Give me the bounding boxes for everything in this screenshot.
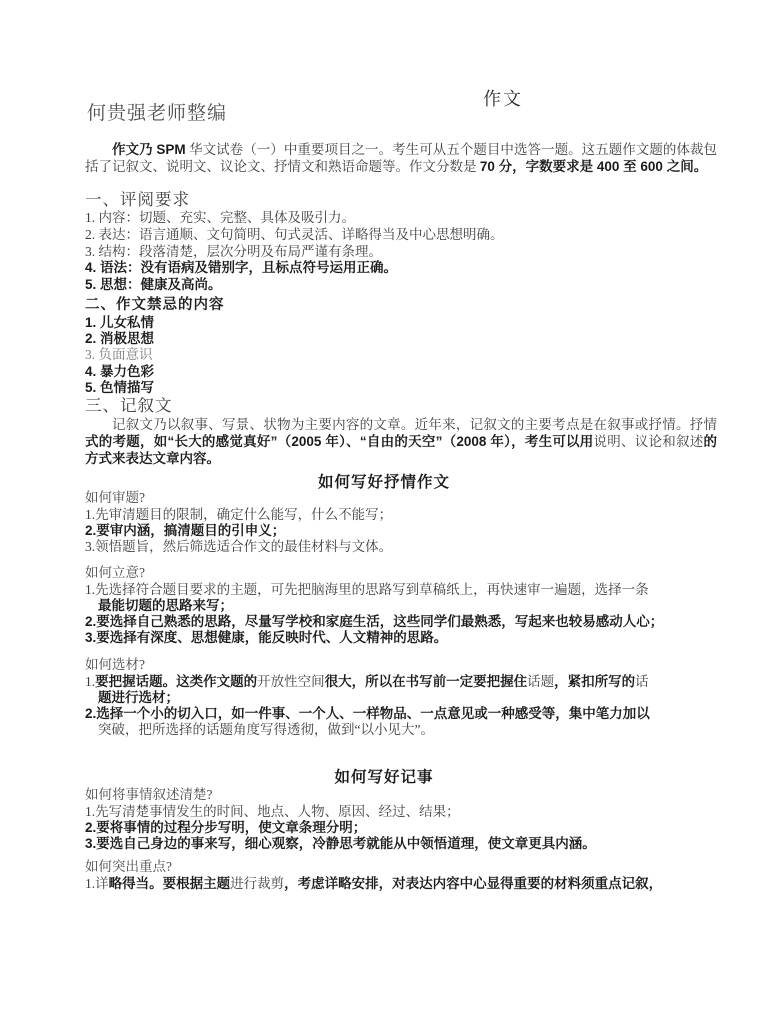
text-segment: 1.详 — [85, 876, 109, 891]
text-segment: 进行裁剪 — [230, 876, 284, 891]
text-segment: 70 分，字数要求是 400 至 600 之间。 — [480, 159, 707, 174]
section-paragraph: 记叙文乃以叙事、写景、状物为主要内容的文章。近年来，记叙文的主要考点是在叙事或抒… — [85, 416, 717, 467]
text-segment: 5. 色情描写 — [85, 380, 154, 395]
text-segment: 5. 思想：健康及高尚。 — [85, 277, 222, 292]
text-line: 3.要选自己身边的事来写，细心观察，冷静思考就能从中领悟道理，使文章更具内涵。 — [85, 836, 596, 852]
group-list: 1.要把握话题。这类作文题的开放性空间很大，所以在书写前一定要把握住话题，紧扣所… — [85, 674, 650, 739]
group-label: 如何审题? — [85, 490, 392, 507]
text-segment: 最能切题的思路来写； — [98, 598, 233, 613]
section-list: 1. 内容：切题、充实、完整、具体及吸引力。2. 表达：语言通顺、文句简明、句式… — [85, 210, 504, 294]
text-line: 2.要审内涵，搞清题目的引申义； — [85, 523, 392, 539]
text-segment: 4. 语法：没有语病及错别字，且标点符号运用正确。 — [85, 260, 397, 275]
text-line: 5. 色情描写 — [85, 380, 225, 396]
text-line: 2.要选择自己熟悉的思路，尽量写学校和家庭生活，这些同学们最熟悉，写起来也较易感… — [85, 614, 663, 630]
group-label: 如何突出重点? — [85, 858, 662, 876]
text-segment: 话题 — [527, 674, 554, 689]
group-label: 如何选材? — [85, 657, 650, 674]
text-segment: 2.要审内涵，搞清题目的引申义； — [85, 523, 285, 538]
text-segment: 1.先审清题目的限制，确定什么能写，什么不能写； — [85, 507, 392, 522]
guide-heading-narrative-writing: 如何写好记事 — [0, 768, 768, 787]
text-line: 3.要选择有深度、思想健康，能反映时代、人文精神的思路。 — [85, 630, 663, 646]
section-heading: 二、作文禁忌的内容 — [85, 296, 225, 315]
section-heading: 一、评阅要求 — [85, 189, 504, 210]
text-segment: ，考虑详略安排，对表达内容中心显得重要的材料须重点记叙， — [284, 876, 662, 891]
text-segment: 2.要选择自己熟悉的思路，尽量写学校和家庭生活，这些同学们最熟悉，写起来也较易感… — [85, 614, 663, 629]
text-segment: 4. 暴力色彩 — [85, 364, 154, 379]
text-line: 1.先审清题目的限制，确定什么能写，什么不能写； — [85, 507, 392, 523]
text-segment: 很大，所以在书写前一定要把握住 — [325, 674, 528, 689]
document-title: 作文 — [483, 88, 523, 110]
text-line: 2. 表达：语言通顺、文句简明、句式灵活、详略得当及中心思想明确。 — [85, 227, 504, 244]
text-segment: 话 — [635, 674, 649, 689]
text-line: 1. 内容：切题、充实、完整、具体及吸引力。 — [85, 210, 504, 227]
section-narrative-essay: 三、记叙文 记叙文乃以叙事、写景、状物为主要内容的文章。近年来，记叙文的主要考点… — [85, 395, 717, 467]
text-line: 1. 儿女私情 — [85, 315, 225, 331]
text-line: 最能切题的思路来写； — [85, 598, 663, 614]
text-segment: 2. 消极思想 — [85, 331, 154, 346]
text-line: 1.要把握话题。这类作文题的开放性空间很大，所以在书写前一定要把握住话题，紧扣所… — [85, 674, 650, 690]
intro-paragraph: 作文乃 SPM 华文试卷（一）中重要项目之一。考生可从五个题目中选答一题。这五题… — [85, 141, 717, 176]
group-list: 1.先写清楚事情发生的时间、地点、人物、原因、经过、结果；2.要将事情的过程分步… — [85, 804, 596, 853]
text-line: 4. 暴力色彩 — [85, 364, 225, 380]
text-line: 2. 消极思想 — [85, 331, 225, 347]
text-segment: 突破，把所选择的话题角度写得透彻，做到“以小见大”。 — [98, 722, 434, 737]
text-segment: 3.领悟题旨，然后筛选适合作文的最佳材料与文体。 — [85, 539, 392, 554]
section-list: 1. 儿女私情2. 消极思想3. 负面意识4. 暴力色彩5. 色情描写 — [85, 315, 225, 396]
group-label: 如何立意? — [85, 565, 663, 582]
section-review-requirements: 一、评阅要求 1. 内容：切题、充实、完整、具体及吸引力。2. 表达：语言通顺、… — [85, 189, 504, 294]
text-line: 3.领悟题旨，然后筛选适合作文的最佳材料与文体。 — [85, 539, 392, 555]
text-segment: 3.要选自己身边的事来写，细心观察，冷静思考就能从中领悟道理，使文章更具内涵。 — [85, 836, 596, 851]
text-segment: 1.先写清楚事情发生的时间、地点、人物、原因、经过、结果； — [85, 804, 460, 819]
text-segment: 2.选择一个小的切入口，如一件事、一个人、一样物品、一点意见或一种感受等，集中笔… — [85, 706, 650, 721]
group-list: 1.先审清题目的限制，确定什么能写，什么不能写；2.要审内涵，搞清题目的引申义；… — [85, 507, 392, 556]
text-line: 1.先选择符合题目要求的主题，可先把脑海里的思路写到草稿纸上，再快速审一遍题，选… — [85, 582, 663, 598]
section-heading: 三、记叙文 — [85, 395, 717, 416]
text-segment: 记叙文乃以叙事、写景、状物为主要内容的文章。近年来，记叙文的主要考点是在叙事或抒… — [112, 417, 717, 432]
text-segment: 1.先选择符合题目要求的主题，可先把脑海里的思路写到草稿纸上，再快速审一遍题，选… — [85, 582, 649, 597]
text-line: 1.详略得当。要根据主题进行裁剪，考虑详略安排，对表达内容中心显得重要的材料须重… — [85, 876, 662, 892]
text-segment: 式的考题，如“长大的感觉真好”（2005 年）、“自由的天空”（2008 年），… — [85, 434, 594, 449]
text-segment: 说明、议论和叙述 — [594, 434, 704, 449]
text-segment: 1. 内容：切题、充实、完整、具体及吸引力。 — [85, 210, 355, 225]
group-highlight-key-points: 如何突出重点? 1.详略得当。要根据主题进行裁剪，考虑详略安排，对表达内容中心显… — [85, 858, 662, 892]
text-line: 3. 负面意识 — [85, 347, 225, 363]
group-establish-theme: 如何立意? 1.先选择符合题目要求的主题，可先把脑海里的思路写到草稿纸上，再快速… — [85, 565, 663, 646]
text-line: 2.选择一个小的切入口，如一件事、一个人、一样物品、一点意见或一种感受等，集中笔… — [85, 706, 650, 722]
text-line: 1.先写清楚事情发生的时间、地点、人物、原因、经过、结果； — [85, 804, 596, 820]
text-line: 题进行选材； — [85, 690, 650, 706]
text-segment: 要把握话题。这类作文题的 — [95, 674, 257, 689]
author-heading: 何贵强老师整编 — [87, 101, 227, 127]
group-label: 如何将事情叙述清楚? — [85, 787, 596, 804]
text-line: 3. 结构：段落清楚，层次分明及布局严谨有条理。 — [85, 244, 504, 261]
text-segment: 作文乃 SPM — [112, 142, 186, 157]
group-list: 1.先选择符合题目要求的主题，可先把脑海里的思路写到草稿纸上，再快速审一遍题，选… — [85, 582, 663, 647]
group-examine-topic: 如何审题? 1.先审清题目的限制，确定什么能写，什么不能写；2.要审内涵，搞清题… — [85, 490, 392, 555]
text-segment: 3.要选择有深度、思想健康，能反映时代、人文精神的思路。 — [85, 630, 447, 645]
text-line: 5. 思想：健康及高尚。 — [85, 277, 504, 294]
text-segment: 3. 负面意识 — [85, 347, 153, 362]
document-page: 作文 何贵强老师整编 作文乃 SPM 华文试卷（一）中重要项目之一。考生可从五个… — [0, 0, 768, 1024]
group-list: 1.详略得当。要根据主题进行裁剪，考虑详略安排，对表达内容中心显得重要的材料须重… — [85, 876, 662, 892]
group-select-material: 如何选材? 1.要把握话题。这类作文题的开放性空间很大，所以在书写前一定要把握住… — [85, 657, 650, 738]
group-narrate-clearly: 如何将事情叙述清楚? 1.先写清楚事情发生的时间、地点、人物、原因、经过、结果；… — [85, 787, 596, 852]
text-segment: 1. 儿女私情 — [85, 315, 154, 330]
text-segment: 题进行选材； — [98, 690, 179, 705]
text-segment: 2.要将事情的过程分步写明，使文章条理分明； — [85, 820, 366, 835]
section-forbidden-content: 二、作文禁忌的内容 1. 儿女私情2. 消极思想3. 负面意识4. 暴力色彩5.… — [85, 296, 225, 396]
text-segment: 开放性空间 — [257, 674, 325, 689]
text-segment: 2. 表达：语言通顺、文句简明、句式灵活、详略得当及中心思想明确。 — [85, 227, 504, 242]
text-segment: 略得当。要根据主题 — [109, 876, 231, 891]
text-segment: 3. 结构：段落清楚，层次分明及布局严谨有条理。 — [85, 244, 382, 259]
text-line: 4. 语法：没有语病及错别字，且标点符号运用正确。 — [85, 260, 504, 277]
text-line: 2.要将事情的过程分步写明，使文章条理分明； — [85, 820, 596, 836]
text-line: 突破，把所选择的话题角度写得透彻，做到“以小见大”。 — [85, 722, 650, 738]
text-segment: ，紧扣所写的 — [554, 674, 635, 689]
text-segment: 1. — [85, 674, 95, 689]
